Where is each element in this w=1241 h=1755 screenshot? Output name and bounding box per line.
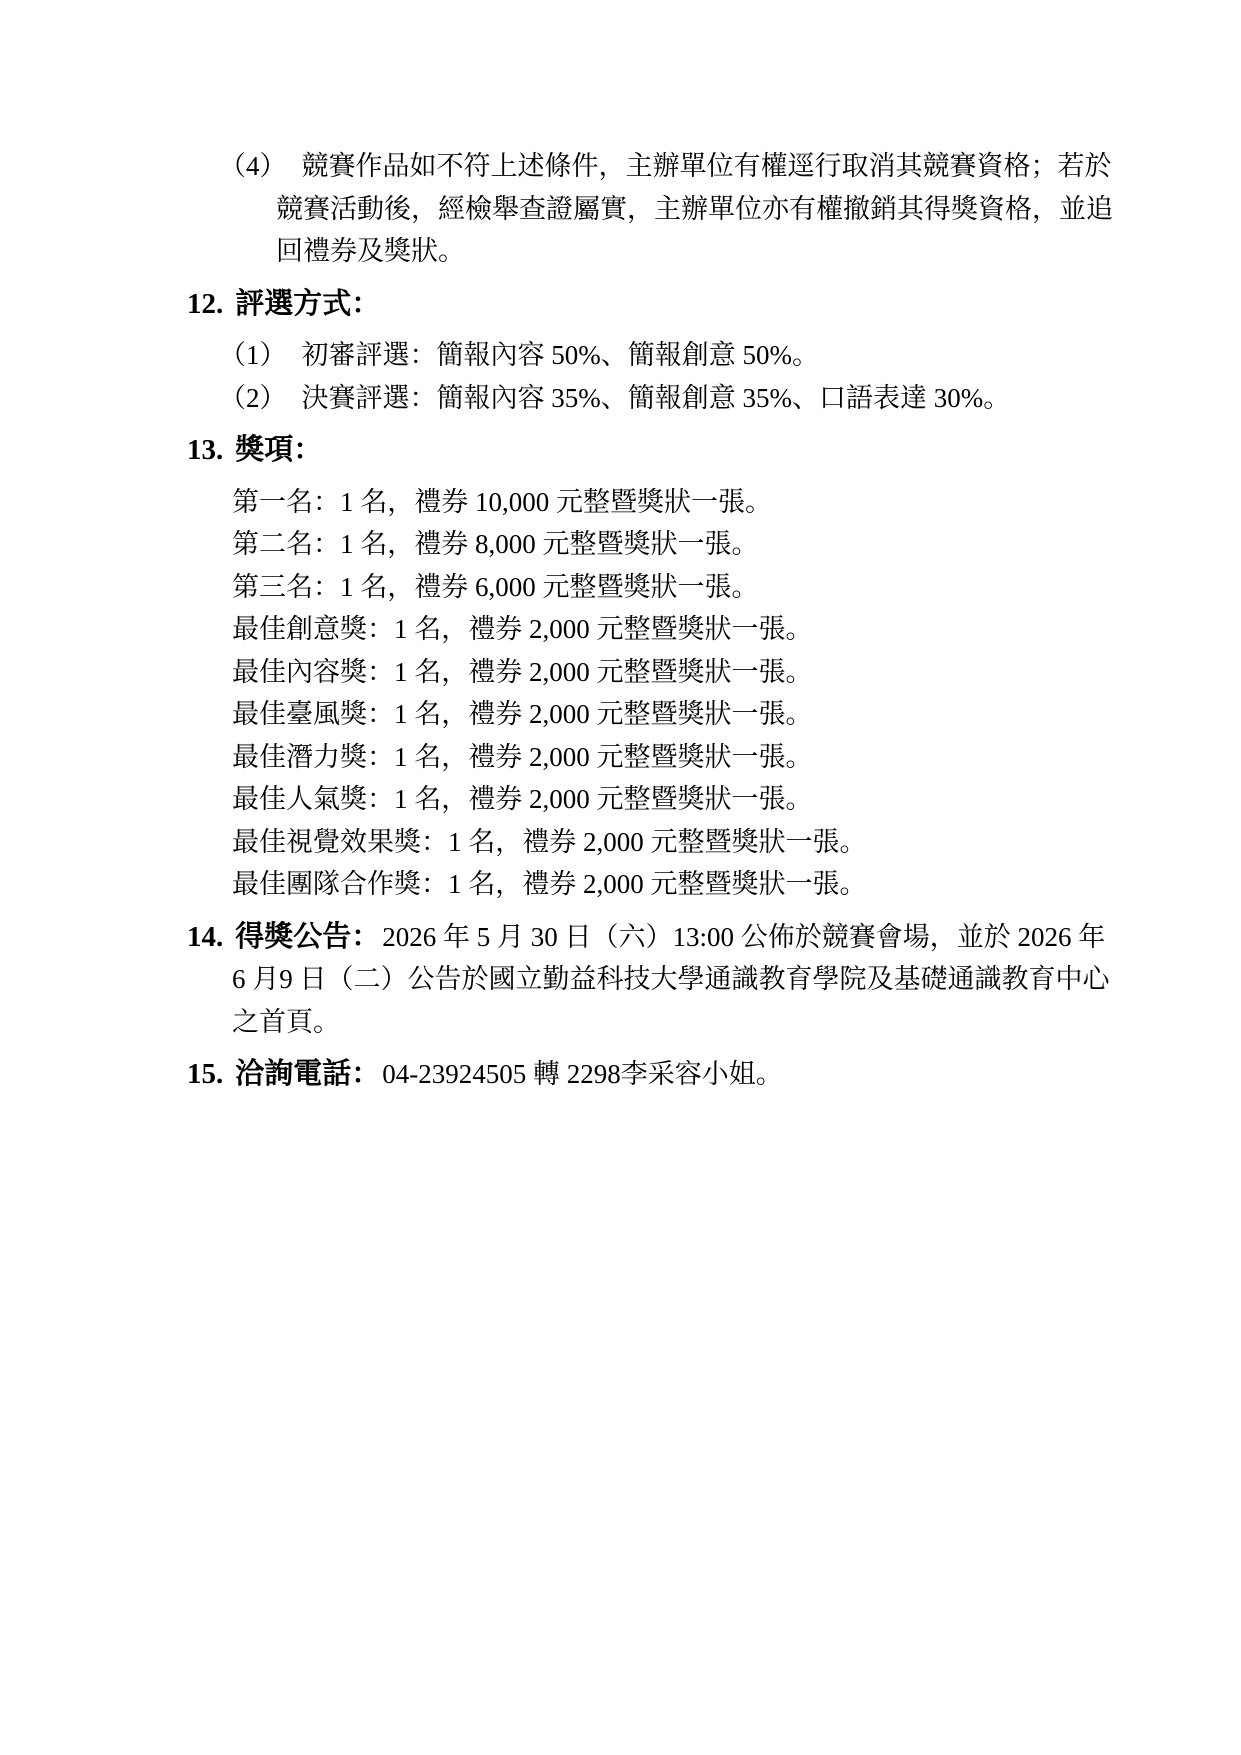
- section-12-sub-1: （1）初審評選：簡報內容 50%、簡報創意 50%。: [187, 334, 1091, 377]
- section-14-text: 2026 年 5 月 30 日（六）13:00 公佈於競賽會場，並於 2026 …: [382, 922, 1105, 952]
- section-14-title: 得獎公告：: [235, 921, 380, 953]
- award-best-teamwork: 最佳團隊合作獎：1 名，禮券 2,000 元整暨獎狀一張。: [187, 863, 1091, 906]
- document-page: （4）競賽作品如不符上述條件，主辦單位有權逕行取消其競賽資格；若於 競賽活動後，…: [0, 0, 1241, 1755]
- section-13-heading: 13.獎項：: [187, 429, 1091, 472]
- section-14-number: 14.: [187, 921, 223, 953]
- section-12-sub-1-text: 初審評選：簡報內容 50%、簡報創意 50%。: [302, 340, 819, 370]
- section-15-title: 洽詢電話：: [235, 1058, 380, 1090]
- clause-4-line-3: 回禮券及獎狀。: [187, 230, 1091, 273]
- award-best-stage-presence: 最佳臺風獎：1 名，禮券 2,000 元整暨獎狀一張。: [187, 693, 1091, 736]
- section-13-number: 13.: [187, 434, 223, 466]
- section-15-number: 15.: [187, 1058, 223, 1090]
- section-14: 14.得獎公告：2026 年 5 月 30 日（六）13:00 公佈於競賽會場，…: [187, 916, 1091, 1044]
- award-second-place: 第二名：1 名，禮券 8,000 元整暨獎狀一張。: [187, 523, 1091, 566]
- award-best-popularity: 最佳人氣獎：1 名，禮券 2,000 元整暨獎狀一張。: [187, 778, 1091, 821]
- clause-4-marker: （4）: [219, 151, 287, 181]
- award-best-content: 最佳內容獎：1 名，禮券 2,000 元整暨獎狀一張。: [187, 651, 1091, 694]
- award-best-potential: 最佳潛力獎：1 名，禮券 2,000 元整暨獎狀一張。: [187, 736, 1091, 779]
- clause-4-line-1: （4）競賽作品如不符上述條件，主辦單位有權逕行取消其競賽資格；若於: [187, 145, 1091, 188]
- clause-4: （4）競賽作品如不符上述條件，主辦單位有權逕行取消其競賽資格；若於 競賽活動後，…: [187, 145, 1091, 273]
- clause-4-line-2: 競賽活動後，經檢舉查證屬實，主辦單位亦有權撤銷其得獎資格，並追: [187, 188, 1091, 231]
- award-best-visual-effect: 最佳視覺效果獎：1 名，禮券 2,000 元整暨獎狀一張。: [187, 821, 1091, 864]
- award-first-place: 第一名：1 名，禮券 10,000 元整暨獎狀一張。: [187, 481, 1091, 524]
- section-12-sub-1-marker: （1）: [219, 340, 287, 370]
- section-12-sub-2-text: 決賽評選：簡報內容 35%、簡報創意 35%、口語表達 30%。: [302, 383, 1011, 413]
- section-14-line-2: 6 月9 日（二）公告於國立勤益科技大學通識教育學院及基礎通識教育中心: [187, 958, 1091, 1001]
- document-content: （4）競賽作品如不符上述條件，主辦單位有權逕行取消其競賽資格；若於 競賽活動後，…: [0, 0, 1241, 1096]
- section-12-sub-2: （2）決賽評選：簡報內容 35%、簡報創意 35%、口語表達 30%。: [187, 377, 1091, 420]
- section-12-heading: 12.評選方式：: [187, 283, 1091, 326]
- section-14-line-1: 14.得獎公告：2026 年 5 月 30 日（六）13:00 公佈於競賽會場，…: [187, 916, 1091, 959]
- section-15-text: 04-23924505 轉 2298李采容小姐。: [382, 1059, 783, 1089]
- section-12-sub-2-marker: （2）: [219, 383, 287, 413]
- section-13-title: 獎項：: [235, 434, 322, 466]
- section-15: 15.洽詢電話：04-23924505 轉 2298李采容小姐。: [187, 1053, 1091, 1096]
- section-12-number: 12.: [187, 288, 223, 320]
- award-best-creativity: 最佳創意獎：1 名，禮券 2,000 元整暨獎狀一張。: [187, 608, 1091, 651]
- section-12-title: 評選方式：: [235, 288, 380, 320]
- section-14-line-3: 之首頁。: [187, 1001, 1091, 1044]
- award-third-place: 第三名：1 名，禮券 6,000 元整暨獎狀一張。: [187, 566, 1091, 609]
- clause-4-text: 競賽作品如不符上述條件，主辦單位有權逕行取消其競賽資格；若於: [302, 151, 1112, 181]
